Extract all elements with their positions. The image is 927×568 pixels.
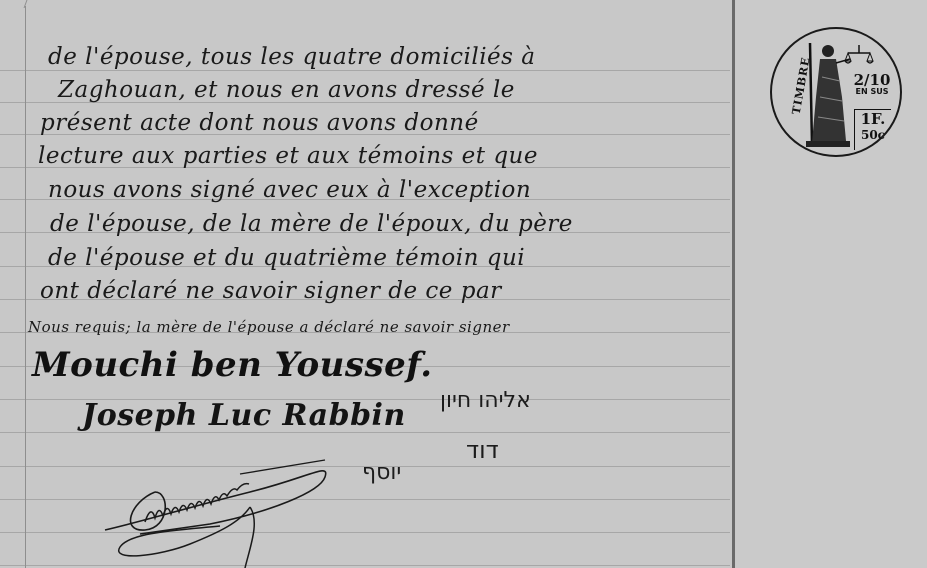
page-divider [732,0,735,568]
stamp-tax: 2/10 EN SUS [852,73,892,96]
scales-icon [844,43,874,69]
stamp-tax-fraction: 2/10 [852,73,892,87]
stamp-price: 1F. 50c [854,109,891,150]
hebrew-signature-1: אליהו חיון [440,388,531,413]
fiscal-stamp: TIMBRE 2/10 EN SUS 1F. 50c [770,27,902,157]
text-line-7: de l'épouse et du quatrième témoin qui [48,245,525,271]
stamp-tax-note: EN SUS [852,87,892,96]
left-page: de l'épouse, tous les quatre domiciliés … [0,0,733,568]
text-line-9: Nous requis; la mère de l'épouse a décla… [28,318,510,336]
signature-joseph-rabbin: Joseph Luc Rabbin [82,398,406,433]
text-line-8: ont déclaré ne savoir signer de ce par [40,278,502,304]
signature-flourish-icon [100,452,340,568]
margin-line [25,6,26,568]
text-line-5: nous avons signé avec eux à l'exception [48,177,531,203]
hebrew-signature-2: דוד [466,436,499,464]
rule-line [0,70,730,71]
signature-mouchi-ben-youssef: Mouchi ben Youssef. [32,345,433,385]
text-line-1: de l'épouse, tous les quatre domiciliés … [48,44,536,70]
hebrew-signature-3: יוסף [362,460,401,485]
text-line-3: présent acte dont nous avons donné [40,110,479,136]
text-line-6: de l'épouse, de la mère de l'époux, du p… [50,211,573,237]
text-line-2: Zaghouan, et nous en avons dressé le [58,77,515,103]
text-line-4: lecture aux parties et aux témoins et qu… [38,143,538,169]
stamp-price-francs: 1F. [855,110,891,128]
stamp-price-centimes: 50c [855,128,891,142]
